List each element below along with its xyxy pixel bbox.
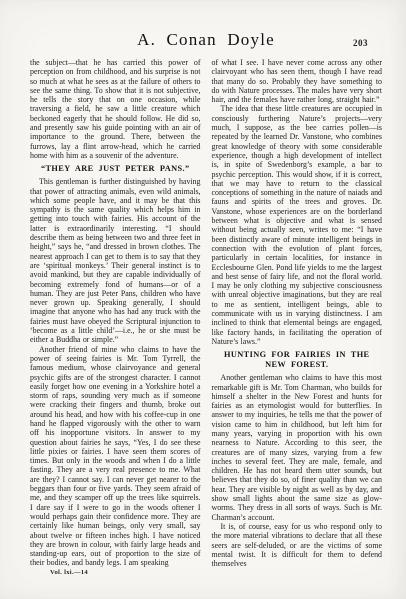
right-column: of what I see. I have never come across …: [212, 58, 383, 576]
page-header: A. Conan Doyle 203: [0, 0, 406, 52]
left-column: the subject—that he has carried this pow…: [30, 58, 201, 576]
body-paragraph: the subject—that he has carried this pow…: [30, 58, 201, 160]
section-heading: HUNTING FOR FAIRIES IN THE NEW FOREST.: [218, 350, 377, 370]
section-heading: “THEY ARE JUST PETER PANS.”: [36, 164, 195, 174]
magazine-page-scan: A. Conan Doyle 203 the subject—that he h…: [0, 0, 406, 599]
body-paragraph: Another gentleman who claims to have thi…: [212, 373, 383, 522]
body-paragraph: The idea that these little creatures are…: [212, 104, 383, 346]
body-paragraph: Another friend of mine who claims to hav…: [30, 345, 201, 568]
volume-signature-footnote: Vol. lxi.—14: [30, 569, 201, 576]
page-number: 203: [353, 38, 368, 48]
text-columns: the subject—that he has carried this pow…: [0, 52, 406, 576]
body-paragraph: This gentleman is further distinguished …: [30, 177, 201, 344]
running-head-title: A. Conan Doyle: [30, 30, 382, 50]
body-paragraph: of what I see. I have never come across …: [212, 58, 383, 104]
body-paragraph: It is, of course, easy for us who respon…: [212, 522, 383, 568]
